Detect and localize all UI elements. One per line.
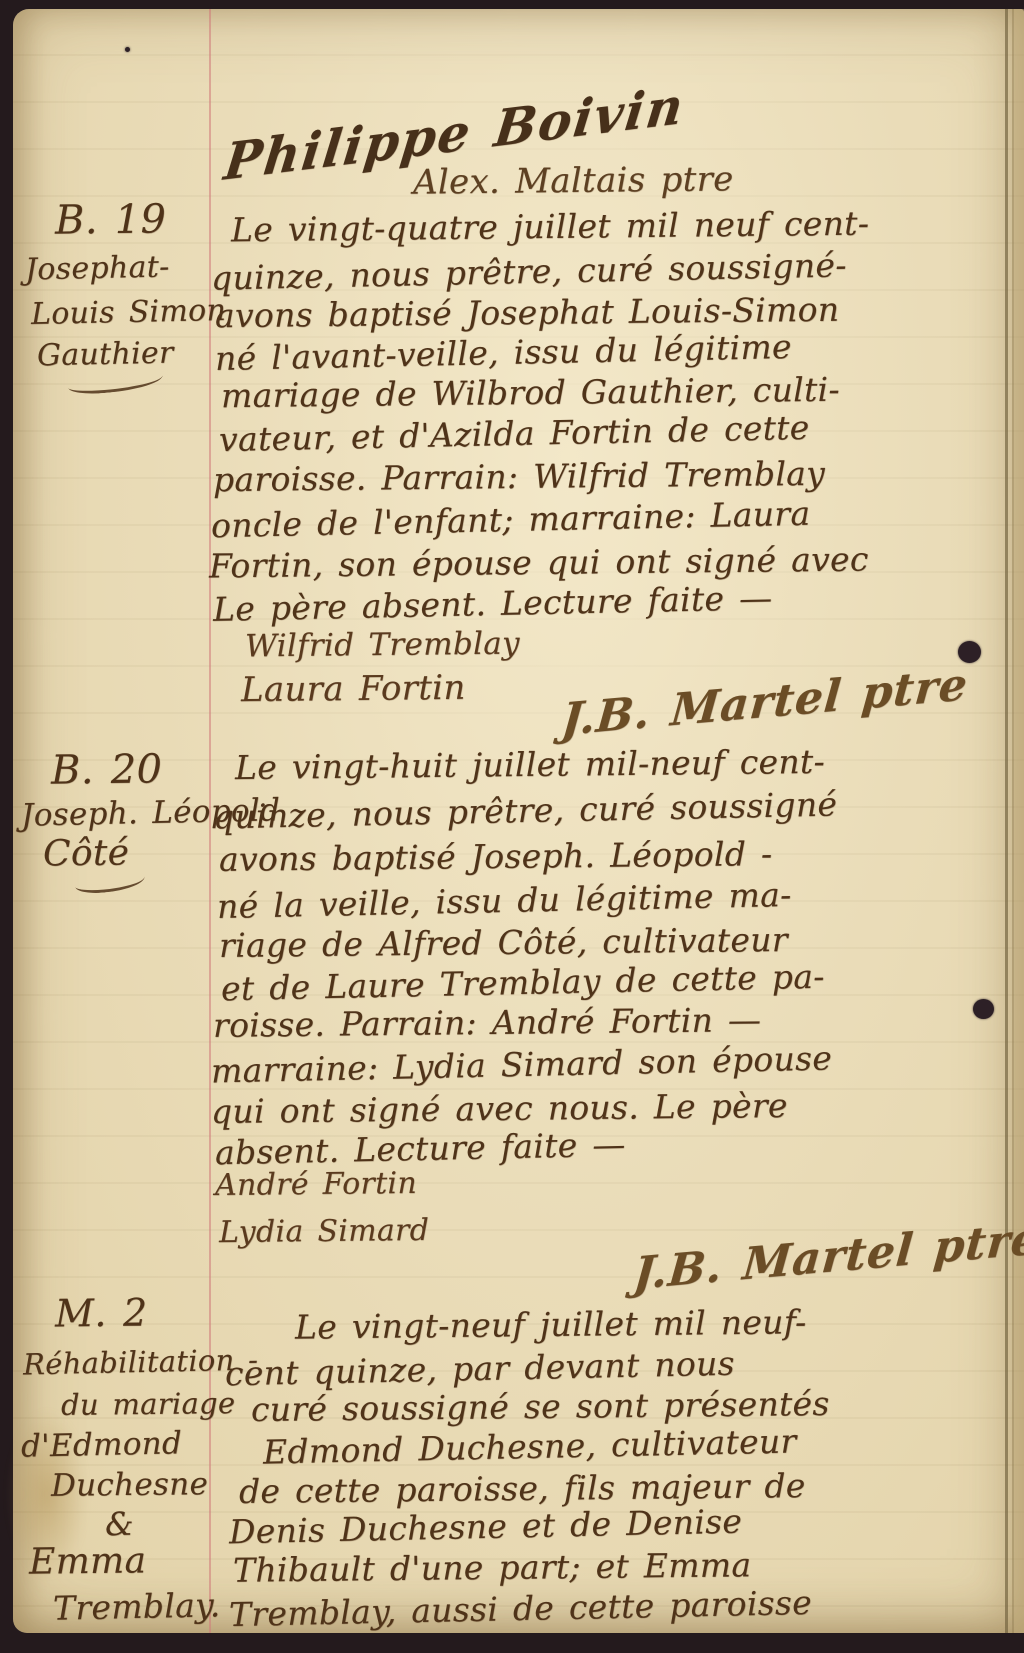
record-2-line-1: Le vingt-huit juillet mil-neuf cent- (235, 742, 825, 787)
record-1-line-10: Le père absent. Lecture faite — (213, 578, 773, 629)
record-1-margin-name-2: Louis Simon (31, 293, 227, 332)
record-3-margin-name-3: d'Edmond (21, 1425, 183, 1464)
record-1-line-1: Le vingt-quatre juillet mil neuf cent- (231, 204, 870, 250)
record-1-margin-name-1: Josephat- (25, 249, 170, 287)
ink-dot (973, 999, 994, 1019)
record-1-margin-code: B. 19 (55, 196, 167, 243)
record-3-margin-name-7: Tremblay. (53, 1585, 221, 1627)
record-2-line-8: marraine: Lydia Simard son épouse (211, 1038, 833, 1090)
record-2-line-4: né la veille, issu du légitime ma- (217, 875, 792, 926)
record-3-line-4: Edmond Duchesne, cultivateur (263, 1421, 797, 1471)
record-2-witness-signature-1: André Fortin (215, 1166, 417, 1203)
record-1-witness-signature-1: Wilfrid Tremblay (245, 626, 520, 665)
record-3-margin-code: M. 2 (55, 1291, 148, 1336)
page-binding-edge (1005, 9, 1008, 1633)
record-1-line-7: paroisse. Parrain: Wilfrid Tremblay (213, 454, 825, 499)
record-1-priest-signature: J.B. Martel ptre (560, 659, 971, 746)
record-2-line-3: avons baptisé Joseph. Léopold - (219, 834, 773, 879)
record-3-line-7: Thibault d'une part; et Emma (233, 1545, 752, 1589)
record-3-margin-name-2: du mariage (61, 1386, 236, 1422)
record-2-line-10: absent. Lecture faite — (215, 1125, 626, 1173)
record-2-line-9: qui ont signé avec nous. Le père (211, 1086, 788, 1131)
record-1-line-6: vateur, et d'Azilda Fortin de cette (219, 408, 810, 459)
record-1-witness-signature-2: Laura Fortin (241, 668, 466, 710)
header-priest-attestation: Alex. Maltais ptre (413, 159, 734, 202)
record-3-line-8: Tremblay, aussi de cette paroisse (229, 1583, 813, 1634)
record-2-margin-code: B. 20 (51, 746, 163, 793)
record-3-margin-name-5: & (105, 1505, 135, 1544)
ink-speck (125, 47, 130, 52)
record-1-line-8: oncle de l'enfant; marraine: Laura (211, 494, 811, 546)
record-2-line-7: roisse. Parrain: André Fortin — (213, 1000, 762, 1045)
record-3-margin-name-1: Réhabilitation - (23, 1343, 259, 1382)
record-3-margin-name-6: Emma (29, 1540, 147, 1582)
adjacent-page-strip (1014, 9, 1024, 1633)
record-3-margin-name-4: Duchesne (51, 1466, 208, 1504)
record-2-priest-signature: J.B. Martel ptre (632, 1213, 1024, 1300)
record-2-line-2: quinze, nous prêtre, curé soussigné (213, 784, 838, 836)
record-3-line-1: Le vingt-neuf juillet mil neuf- (295, 1302, 807, 1346)
photographed-register-scan: { "document": { "kind": "handwritten par… (0, 0, 1024, 1653)
record-2-witness-signature-2: Lydia Simard (219, 1213, 430, 1250)
record-2-margin-name-2: Côté (43, 833, 130, 875)
register-page: Philippe Boivin Alex. Maltais ptre B. 19… (13, 9, 1024, 1633)
